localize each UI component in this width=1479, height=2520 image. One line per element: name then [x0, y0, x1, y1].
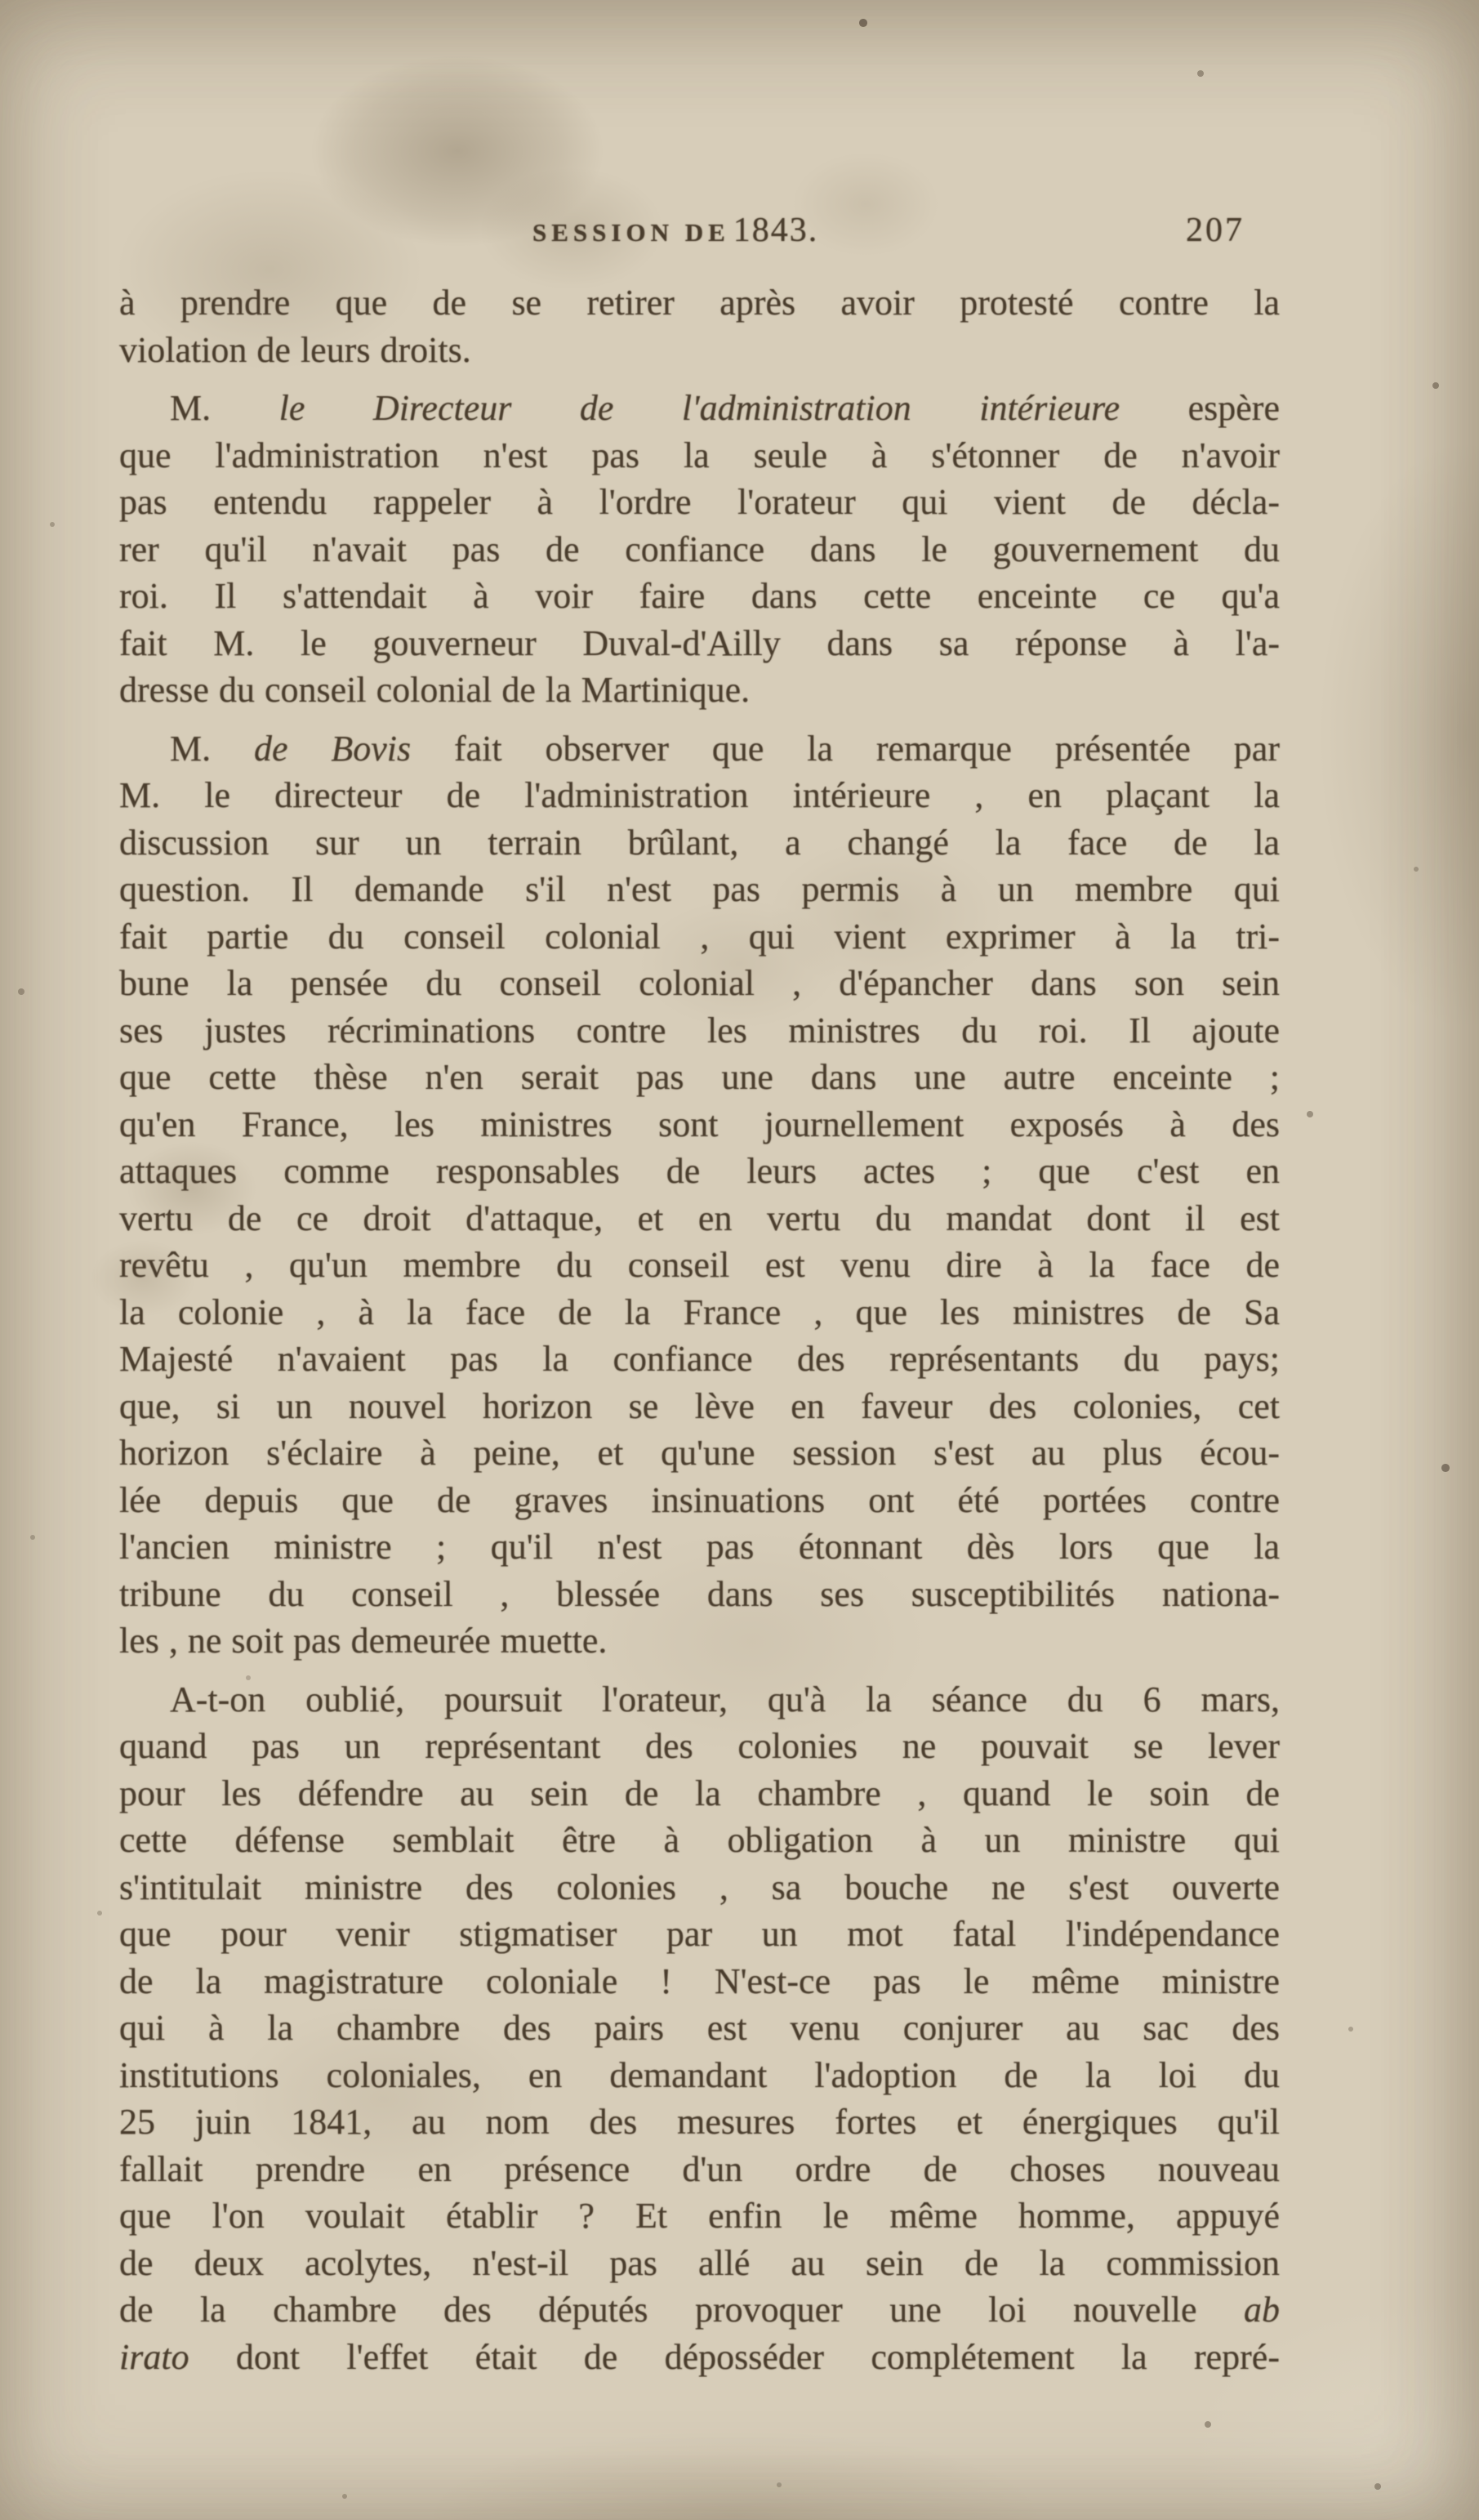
text-segment: pas entendu rappeler à l'ordre l'orateur… [119, 482, 1280, 522]
text-segment: l'ancien ministre ; qu'il n'est pas éton… [119, 1527, 1280, 1567]
text-line: de la chambre des députés provoquer une … [119, 2286, 1280, 2334]
text-segment: M. [170, 729, 254, 769]
text-segment: que l'on voulait établir ? Et enfin le m… [119, 2196, 1280, 2236]
text-segment: fallait prendre en présence d'un ordre d… [119, 2149, 1280, 2189]
text-segment: de la magistrature coloniale ! N'est-ce … [119, 1961, 1280, 2001]
text-segment: fait M. le gouverneur Duval-d'Ailly dans… [119, 623, 1280, 663]
text-line: fallait prendre en présence d'un ordre d… [119, 2146, 1280, 2193]
text-line: que l'on voulait établir ? Et enfin le m… [119, 2192, 1280, 2240]
text-segment: bune la pensée du conseil colonial , d'é… [119, 963, 1280, 1003]
italic-text-segment: le Directeur de l'administration intérie… [279, 388, 1120, 428]
text-line: tribune du conseil , blessée dans ses su… [119, 1571, 1280, 1618]
text-line: les , ne soit pas demeurée muette. [119, 1617, 1280, 1665]
text-line: fait M. le gouverneur Duval-d'Ailly dans… [119, 620, 1280, 667]
text-line: question. Il demande s'il n'est pas perm… [119, 866, 1280, 913]
text-line: de deux acolytes, n'est-il pas allé au s… [119, 2240, 1280, 2287]
text-segment: que cette thèse n'en serait pas une dans… [119, 1057, 1280, 1097]
text-segment: revêtu , qu'un membre du conseil est ven… [119, 1245, 1280, 1285]
printed-ink-layer: SESSION DE 1843. 207 à prendre que de se… [0, 0, 1479, 2520]
paragraph: A-t-on oublié, poursuit l'orateur, qu'à … [119, 1676, 1280, 2381]
text-line: à prendre que de se retirer après avoir … [119, 279, 1280, 327]
text-line: M. le directeur de l'administration inté… [119, 772, 1280, 819]
text-segment: A-t-on oublié, poursuit l'orateur, qu'à … [170, 1679, 1280, 1719]
text-line: revêtu , qu'un membre du conseil est ven… [119, 1242, 1280, 1289]
text-segment: discussion sur un terrain brûlant, a cha… [119, 823, 1280, 863]
text-segment: question. Il demande s'il n'est pas perm… [119, 869, 1280, 909]
text-segment: institutions coloniales, en demandant l'… [119, 2055, 1280, 2095]
text-line: que cette thèse n'en serait pas une dans… [119, 1054, 1280, 1101]
text-segment: attaques comme responsables de leurs act… [119, 1151, 1280, 1191]
text-line: de la magistrature coloniale ! N'est-ce … [119, 1958, 1280, 2005]
text-line: irato dont l'effet était de déposséder c… [119, 2334, 1280, 2381]
text-line: que l'administration n'est pas la seule … [119, 432, 1280, 479]
text-line: ses justes récriminations contre les min… [119, 1007, 1280, 1055]
text-line: M. de Bovis fait observer que la remarqu… [119, 725, 1280, 773]
text-line: pas entendu rappeler à l'ordre l'orateur… [119, 479, 1280, 526]
text-segment: cette défense semblait être à obligation… [119, 1820, 1280, 1860]
text-line: que, si un nouvel horizon se lève en fav… [119, 1383, 1280, 1430]
text-line: lée depuis que de graves insinuations on… [119, 1477, 1280, 1524]
running-header-session-label: SESSION DE [532, 218, 730, 247]
text-segment: tribune du conseil , blessée dans ses su… [119, 1574, 1280, 1614]
text-segment: de la chambre des députés provoquer une … [119, 2290, 1244, 2330]
text-line: pour les défendre au sein de la chambre … [119, 1770, 1280, 1818]
text-segment: M. [170, 388, 279, 428]
text-segment: roi. Il s'attendait à voir faire dans ce… [119, 576, 1280, 616]
text-block: à prendre que de se retirer après avoir … [119, 279, 1280, 2380]
text-line: quand pas un représentant des colonies n… [119, 1723, 1280, 1770]
paragraph: M. le Directeur de l'administration inté… [119, 385, 1280, 714]
italic-text-segment: irato [119, 2337, 189, 2377]
text-segment: qui à la chambre des pairs est venu conj… [119, 2008, 1280, 2048]
text-segment: lée depuis que de graves insinuations on… [119, 1480, 1280, 1520]
text-line: s'intitulait ministre des colonies , sa … [119, 1864, 1280, 1911]
text-line: A-t-on oublié, poursuit l'orateur, qu'à … [119, 1676, 1280, 1724]
text-segment: M. le directeur de l'administration inté… [119, 775, 1280, 815]
text-line: vertu de ce droit d'attaque, et en vertu… [119, 1195, 1280, 1242]
text-line: fait partie du conseil colonial , qui vi… [119, 913, 1280, 961]
text-segment: la colonie , à la face de la France , qu… [119, 1292, 1280, 1332]
italic-text-segment: de Bovis [254, 729, 411, 769]
text-segment: dont l'effet était de déposséder complét… [189, 2337, 1280, 2377]
text-segment: à prendre que de se retirer après avoir … [119, 283, 1280, 323]
italic-text-segment: ab [1244, 2290, 1280, 2330]
text-segment: que l'administration n'est pas la seule … [119, 435, 1280, 475]
text-segment: ses justes récriminations contre les min… [119, 1010, 1280, 1050]
text-line: horizon s'éclaire à peine, et qu'une ses… [119, 1429, 1280, 1477]
text-line: institutions coloniales, en demandant l'… [119, 2052, 1280, 2099]
text-segment: vertu de ce droit d'attaque, et en vertu… [119, 1198, 1280, 1238]
text-line: attaques comme responsables de leurs act… [119, 1148, 1280, 1195]
text-segment: espère [1120, 388, 1280, 428]
text-segment: rer qu'il n'avait pas de confiance dans … [119, 529, 1280, 569]
text-segment: horizon s'éclaire à peine, et qu'une ses… [119, 1433, 1280, 1473]
text-line: la colonie , à la face de la France , qu… [119, 1289, 1280, 1336]
text-segment: pour les défendre au sein de la chambre … [119, 1773, 1280, 1813]
text-segment: quand pas un représentant des colonies n… [119, 1726, 1280, 1766]
text-line: rer qu'il n'avait pas de confiance dans … [119, 526, 1280, 573]
text-line: bune la pensée du conseil colonial , d'é… [119, 960, 1280, 1007]
running-header-year: 1843. [733, 212, 819, 249]
scanned-book-page: { "theme": { "paper_color": "#d7cdb9", "… [0, 0, 1479, 2520]
text-line: dresse du conseil colonial de la Martini… [119, 667, 1280, 714]
text-segment: que pour venir stigmatiser par un mot fa… [119, 1914, 1280, 1954]
paper-sheet: SESSION DE 1843. 207 à prendre que de se… [0, 0, 1479, 2520]
text-line: discussion sur un terrain brûlant, a cha… [119, 819, 1280, 867]
page-number: 207 [1186, 211, 1245, 250]
text-line: l'ancien ministre ; qu'il n'est pas éton… [119, 1523, 1280, 1571]
text-segment: violation de leurs droits. [119, 330, 471, 370]
text-segment: fait observer que la remarque présentée … [411, 729, 1280, 769]
text-segment: Majesté n'avaient pas la confiance des r… [119, 1339, 1280, 1379]
text-line: que pour venir stigmatiser par un mot fa… [119, 1911, 1280, 1958]
text-segment: s'intitulait ministre des colonies , sa … [119, 1867, 1280, 1907]
paragraph: M. de Bovis fait observer que la remarqu… [119, 725, 1280, 1665]
text-segment: que, si un nouvel horizon se lève en fav… [119, 1386, 1280, 1426]
text-line: Majesté n'avaient pas la confiance des r… [119, 1336, 1280, 1383]
text-segment: 25 juin 1841, au nom des mesures fortes … [119, 2102, 1280, 2142]
text-segment: fait partie du conseil colonial , qui vi… [119, 917, 1280, 957]
text-line: cette défense semblait être à obligation… [119, 1817, 1280, 1864]
text-segment: de deux acolytes, n'est-il pas allé au s… [119, 2243, 1280, 2283]
text-line: roi. Il s'attendait à voir faire dans ce… [119, 573, 1280, 620]
text-segment: qu'en France, les ministres sont journel… [119, 1104, 1280, 1144]
text-line: violation de leurs droits. [119, 327, 1280, 374]
text-line: qu'en France, les ministres sont journel… [119, 1101, 1280, 1148]
text-segment: les , ne soit pas demeurée muette. [119, 1621, 607, 1661]
text-line: M. le Directeur de l'administration inté… [119, 385, 1280, 432]
paragraph: à prendre que de se retirer après avoir … [119, 279, 1280, 373]
text-line: qui à la chambre des pairs est venu conj… [119, 2005, 1280, 2052]
text-line: 25 juin 1841, au nom des mesures fortes … [119, 2099, 1280, 2146]
running-header: SESSION DE 1843. [532, 211, 818, 250]
text-segment: dresse du conseil colonial de la Martini… [119, 670, 750, 710]
